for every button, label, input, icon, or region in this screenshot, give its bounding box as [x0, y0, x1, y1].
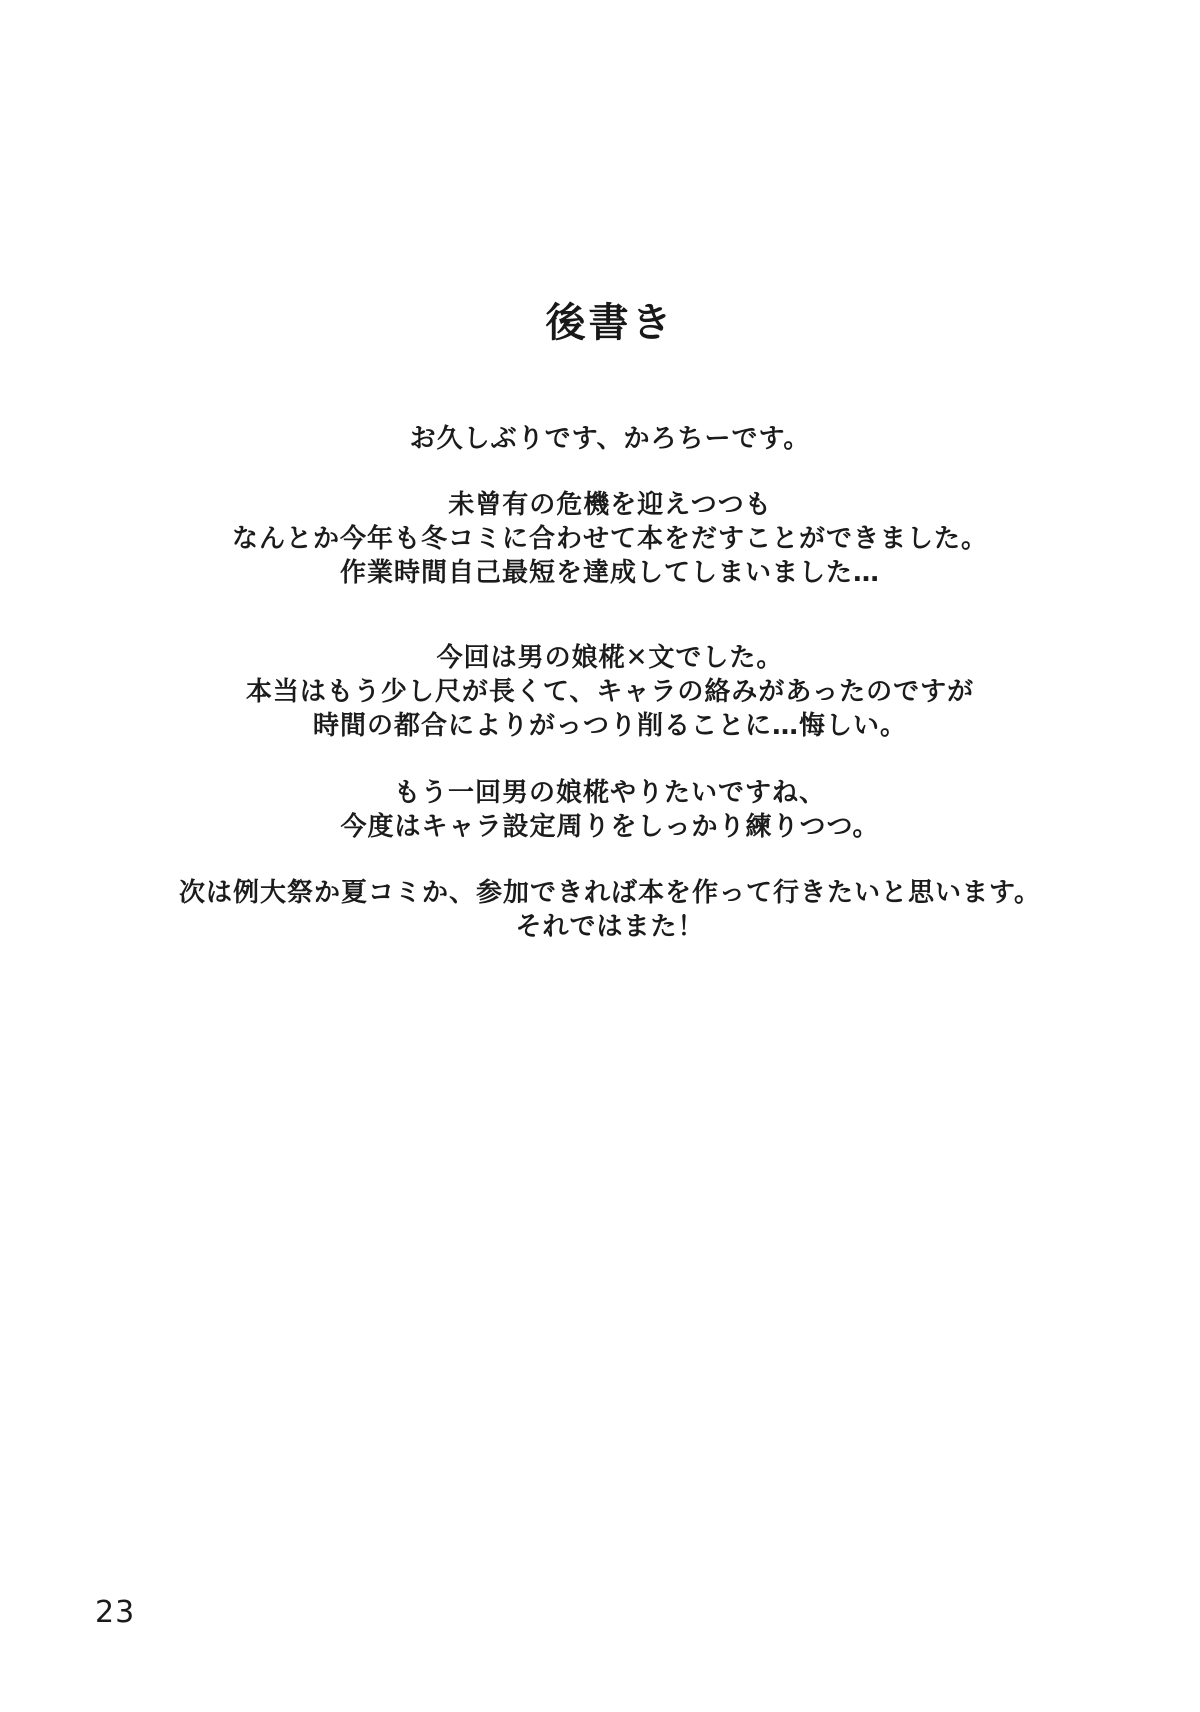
afterword-line: 時間の都合によりがっつり削ることに…悔しい。: [20, 709, 1200, 743]
afterword-line: 未曾有の危機を迎えつつも: [20, 488, 1200, 522]
afterword-line: なんとか今年も冬コミに合わせて本をだすことができました。: [20, 522, 1200, 556]
paragraph-greeting: お久しぶりです、かろちーです。: [20, 422, 1200, 456]
afterword-line: 作業時間自己最短を達成してしまいました…: [20, 556, 1200, 590]
afterword-line: 今度はキャラ設定周りをしっかり練りつつ。: [20, 810, 1200, 844]
afterword-line: それではまた！: [20, 910, 1200, 944]
afterword-content: 後書き お久しぶりです、かろちーです。 未曾有の危機を迎えつつも なんとか今年も…: [0, 0, 1200, 944]
afterword-page: 後書き お久しぶりです、かろちーです。 未曾有の危機を迎えつつも なんとか今年も…: [0, 0, 1200, 1712]
afterword-line: 今回は男の娘椛✕文でした。: [20, 641, 1200, 675]
paragraph-content-notes: 今回は男の娘椛✕文でした。 本当はもう少し尺が長くて、キャラの絡みがあったのです…: [20, 641, 1200, 743]
paragraph-release: 未曾有の危機を迎えつつも なんとか今年も冬コミに合わせて本をだすことができました…: [20, 488, 1200, 590]
paragraph-next-wish: もう一回男の娘椛やりたいですね、 今度はキャラ設定周りをしっかり練りつつ。: [20, 776, 1200, 844]
paragraph-farewell: 次は例大祭か夏コミか、参加できれば本を作って行きたいと思います。 それではまた！: [20, 876, 1200, 944]
afterword-line: 次は例大祭か夏コミか、参加できれば本を作って行きたいと思います。: [20, 876, 1200, 910]
page-number: 23: [95, 1596, 135, 1630]
page-title: 後書き: [20, 300, 1200, 346]
afterword-line: お久しぶりです、かろちーです。: [20, 422, 1200, 456]
afterword-line: もう一回男の娘椛やりたいですね、: [20, 776, 1200, 810]
afterword-line: 本当はもう少し尺が長くて、キャラの絡みがあったのですが: [20, 675, 1200, 709]
